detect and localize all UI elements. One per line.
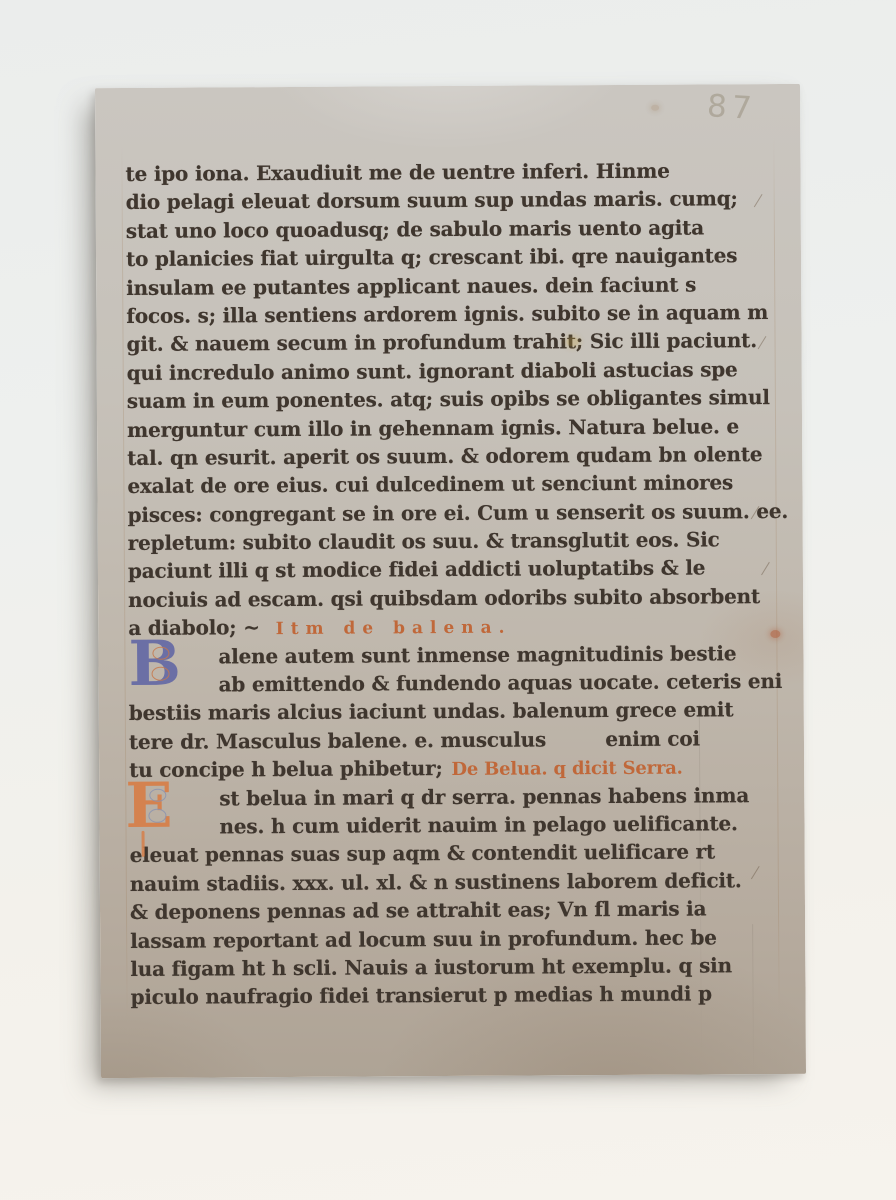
text-line: te ipo iona. Exaudiuit me de uentre infe… [125,156,775,188]
initial-tail [142,831,145,857]
text-line: tere dr. Masculus balene. e. musculus en… [129,724,779,756]
manuscript-leaf: 87 te ipo iona. Exaudiuit me de uentre i… [95,84,806,1078]
line-text: nes. h cum uiderit nauim in pelago uelif… [219,811,737,838]
line-text: tere dr. Masculus balene. e. musculus en… [129,726,700,753]
line-text: merguntur cum illo in gehennam ignis. Na… [127,414,739,442]
text-line: lua figam ht h scli. Nauis a iustorum ht… [130,951,780,983]
line-text: paciunt illi q st modice fidei addicti u… [128,556,705,584]
text-line: tal. qn esurit. aperit os suum. & odorem… [127,440,777,472]
line-text: qui incredulo animo sunt. ignorant diabo… [127,357,738,385]
text-line: nociuis ad escam. qsi quibsdam odoribs s… [128,582,778,614]
line-text: stat uno loco quoadusq; de sabulo maris … [126,215,704,243]
text-line: tu concipe h belua phibetur; De Belua. q… [129,752,779,784]
text-line: a diabolo; ~Itm de balena. [128,610,778,642]
initial-letter: B [128,627,181,700]
line-text: ab emittendo & fundendo aquas uocate. ce… [219,669,783,696]
folio-pencil-number: 87 [706,88,778,128]
text-line: & deponens pennas ad se attrahit eas; Vn… [130,894,780,926]
text-line: to planicies fiat uirgulta q; crescant i… [126,241,776,273]
line-text: te ipo iona. Exaudiuit me de uentre infe… [125,159,669,186]
wax-stain [567,337,579,346]
line-text: st belua in mari q dr serra. pennas habe… [219,783,749,810]
text-block: te ipo iona. Exaudiuit me de uentre infe… [125,156,780,1012]
line-text: alene autem sunt inmense magnitudinis be… [218,641,736,668]
line-text: insulam ee putantes applicant naues. dei… [126,272,696,299]
text-line: repletum: subito claudit os suu. & trans… [128,525,778,557]
line-text: repletum: subito claudit os suu. & trans… [128,527,720,555]
filigree-flourish [152,647,169,660]
line-text: piculo naufragio fidei transierut p medi… [130,982,711,1010]
filigree-flourish [152,667,170,681]
text-line: pisces: congregant se in ore ei. Cum u s… [128,497,778,529]
text-line: alene autem sunt inmense magnitudinis be… [128,639,778,671]
line-text: lua figam ht h scli. Nauis a iustorum ht… [130,953,732,981]
line-text: nociuis ad escam. qsi quibsdam odoribs s… [128,584,760,612]
text-line: merguntur cum illo in gehennam ignis. Na… [127,412,777,444]
rubric-text: De Belua. q dicit Serra. [443,758,683,780]
line-text: pisces: congregant se in ore ei. Cum u s… [128,499,789,527]
photo-backdrop: { "page": { "pencil_number": "87" }, "ma… [0,0,896,1200]
rubric-text: Itm de balena. [276,618,512,639]
illuminated-initial-b: B [128,634,208,696]
line-text: suam in eum ponentes. atq; suis opibs se… [127,385,770,413]
rust-stain [770,630,780,638]
line-text: tal. qn esurit. aperit os suum. & odorem… [127,442,762,470]
filigree-flourish [148,809,166,823]
line-text: & deponens pennas ad se attrahit eas; Vn… [130,897,706,925]
line-text: to planicies fiat uirgulta q; crescant i… [126,243,737,271]
text-line: ab emittendo & fundendo aquas uocate. ce… [129,667,779,699]
text-line: stat uno loco quoadusq; de sabulo maris … [126,213,776,245]
line-text: lassam reportant ad locum suu in profund… [130,925,717,953]
text-line: paciunt illi q st modice fidei addicti u… [128,553,778,585]
foxing-spot [651,105,659,111]
text-line: bestiis maris alcius iaciunt undas. bale… [129,695,779,727]
text-line: suam in eum ponentes. atq; suis opibs se… [127,383,777,415]
text-line: lassam reportant ad locum suu in profund… [130,923,780,955]
illuminated-initial-e: E [125,777,205,839]
text-line: git. & nauem secum in profundum trahit; … [126,326,776,358]
line-text: git. & nauem secum in profundum trahit; … [126,328,757,356]
text-line: eleuat pennas suas sup aqm & contendit u… [130,837,780,869]
line-text: eleuat pennas suas sup aqm & contendit u… [130,840,715,868]
line-text: focos. s; illa sentiens ardorem ignis. s… [126,300,768,328]
text-line: piculo naufragio fidei transierut p medi… [130,979,780,1011]
filigree-flourish [149,789,166,802]
line-text: bestiis maris alcius iaciunt undas. bale… [129,698,734,726]
text-line: qui incredulo animo sunt. ignorant diabo… [127,355,777,387]
text-line: st belua in mari q dr serra. pennas habe… [129,781,779,813]
text-line: focos. s; illa sentiens ardorem ignis. s… [126,298,776,330]
text-line: nes. h cum uiderit nauim in pelago uelif… [129,809,779,841]
line-text: exalat de ore eius. cui dulcedinem ut se… [127,471,733,499]
text-line: insulam ee putantes applicant naues. dei… [126,270,776,302]
line-text: dio pelagi eleuat dorsum suum sup undas … [126,187,738,215]
text-line: nauim stadiis. xxx. ul. xl. & n sustinen… [130,866,780,898]
initial-letter: E [125,769,173,842]
text-line: exalat de ore eius. cui dulcedinem ut se… [127,468,777,500]
text-line: dio pelagi eleuat dorsum suum sup undas … [126,184,776,216]
line-text: nauim stadiis. xxx. ul. xl. & n sustinen… [130,868,742,896]
